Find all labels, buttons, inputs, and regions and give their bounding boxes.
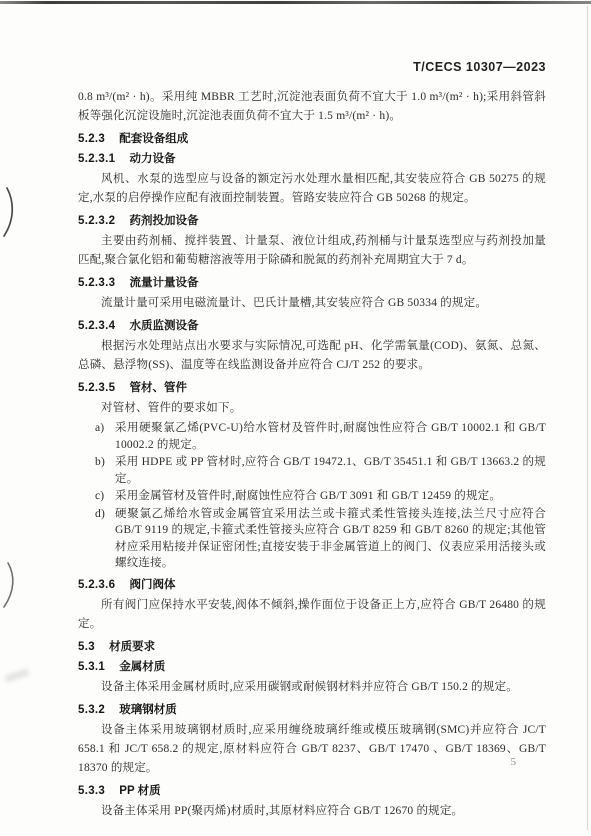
clause-number: 5.2.3.3 [78,277,115,289]
clause-title: 流量计量设备 [129,277,198,289]
body-paragraph: 风机、水泵的选型应与设备的额定污水处理水量相匹配,其安装应符合 GB 50275… [78,170,546,208]
scanned-document-page: T/CECS 10307—2023 0.8 m³/(m² · h)。采用纯 MB… [0,0,591,836]
clause-title: 水质监测设备 [129,320,198,332]
clause-title: 管材、管件 [129,382,187,394]
list-item-text: 采用硬聚氯乙烯(PVC-U)给水管材及管件时,耐腐蚀性应符合 GB/T 1000… [115,422,546,451]
clause-heading-5-2-3-4: 5.2.3.4 水质监测设备 [78,319,546,333]
list-item-text: 采用金属管材及管件时,耐腐蚀性应符合 GB/T 3091 和 GB/T 1245… [115,490,501,502]
clause-heading-5-3-2: 5.3.2 玻璃钢材质 [78,703,546,717]
list-item-c: c) 采用金属管材及管件时,耐腐蚀性应符合 GB/T 3091 和 GB/T 1… [78,488,546,505]
scan-smudge [5,668,30,682]
clause-title: 玻璃钢材质 [119,704,177,716]
clause-number: 5.3.2 [78,704,105,716]
page-number: 5 [511,756,517,768]
list-item-a: a) 采用硬聚氯乙烯(PVC-U)给水管材及管件时,耐腐蚀性应符合 GB/T 1… [78,420,546,453]
clause-heading-5-2-3-2: 5.2.3.2 药剂投加设备 [78,214,546,228]
body-paragraph: 所有阀门应保持水平安装,阀体不倾斜,操作面位于设备正上方,应符合 GB/T 26… [78,596,546,634]
list-item-label: a) [95,420,104,437]
page-content: T/CECS 10307—2023 0.8 m³/(m² · h)。采用纯 MB… [78,60,546,823]
clause-heading-5-3-1: 5.3.1 金属材质 [78,660,546,674]
clause-number: 5.2.3.6 [78,579,115,591]
body-paragraph: 设备主体采用金属材质时,应采用碳钢或耐候钢材料并应符合 GB/T 150.2 的… [78,678,546,697]
scan-edge-top [0,1,591,4]
list-item-label: c) [95,488,104,505]
list-item-text: 采用 HDPE 或 PP 管材时,应符合 GB/T 19472.1、GB/T 3… [115,456,546,485]
clause-number: 5.3.3 [78,785,105,797]
clause-heading-5-2-3-5: 5.2.3.5 管材、管件 [78,381,546,395]
clause-heading-5-2-3-6: 5.2.3.6 阀门阀体 [78,578,546,592]
list-item-label: d) [95,506,105,523]
clause-title: 金属材质 [119,661,165,673]
body-paragraph: 主要由药剂桶、搅拌装置、计量泵、液位计组成,药剂桶与计量泵选型应与药剂投加量匹配… [78,232,546,270]
scan-edge-right [587,6,588,830]
clause-number: 5.2.3.2 [78,215,115,227]
clause-title: 药剂投加设备 [129,215,198,227]
clause-heading-5-2-3-3: 5.2.3.3 流量计量设备 [78,276,546,290]
body-paragraph: 设备主体采用玻璃钢材质时,应采用缠绕玻璃纤维或模压玻璃钢(SMC)并应符合 JC… [78,721,546,778]
clause-number: 5.2.3 [78,133,105,145]
body-paragraph: 对管材、管件的要求如下。 [78,399,546,418]
clause-number: 5.2.3.5 [78,382,115,394]
clause-heading-5-3-3: 5.3.3 PP 材质 [78,784,546,798]
clause-title: 材质要求 [109,641,155,653]
clause-title: 动力设备 [129,153,175,165]
clause-title: 配套设备组成 [119,133,188,145]
clause-title: 阀门阀体 [129,579,175,591]
standard-code: T/CECS 10307—2023 [78,60,546,74]
body-paragraph: 设备主体采用 PP(聚丙烯)材质时,其原材料应符合 GB/T 12670 的规定… [78,802,546,821]
list-item-d: d) 硬聚氯乙烯给水管或金属管宜采用法兰或卡箍式柔性管接头连接,法兰尺寸应符合 … [78,506,546,572]
clause-number: 5.3 [78,641,95,653]
clause-title: PP 材质 [119,785,160,797]
clause-heading-5-2-3: 5.2.3 配套设备组成 [78,132,546,146]
pipe-requirements-list: a) 采用硬聚氯乙烯(PVC-U)给水管材及管件时,耐腐蚀性应符合 GB/T 1… [78,420,546,572]
body-paragraph: 流量计量可采用电磁流量计、巴氏计量槽,其安装应符合 GB 50334 的规定。 [78,294,546,313]
list-item-text: 硬聚氯乙烯给水管或金属管宜采用法兰或卡箍式柔性管接头连接,法兰尺寸应符合 GB/… [115,508,546,570]
binding-ink-mark-lower [2,561,17,609]
list-item-label: b) [95,454,105,471]
clause-number: 5.2.3.1 [78,153,115,165]
clause-number: 5.3.1 [78,661,105,673]
clause-number: 5.2.3.4 [78,320,115,332]
continued-paragraph: 0.8 m³/(m² · h)。采用纯 MBBR 工艺时,沉淀池表面负荷不宜大于… [78,88,546,126]
clause-heading-5-3: 5.3 材质要求 [78,640,546,654]
list-item-b: b) 采用 HDPE 或 PP 管材时,应符合 GB/T 19472.1、GB/… [78,454,546,487]
body-paragraph: 根据污水处理站点出水要求与实际情况,可选配 pH、化学需氧量(COD)、氨氮、总… [78,337,546,375]
clause-heading-5-2-3-1: 5.2.3.1 动力设备 [78,152,546,166]
binding-ink-mark-upper [2,186,16,238]
